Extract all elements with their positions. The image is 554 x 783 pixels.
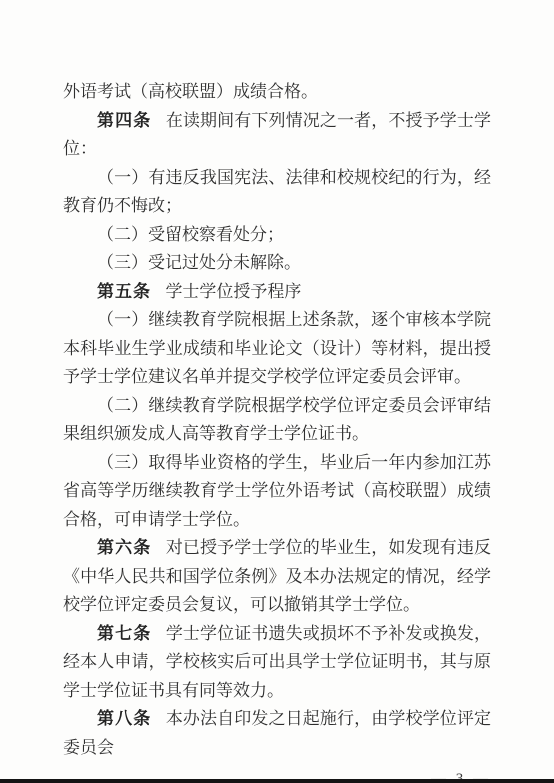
paragraph-article-8: 第八条本办法自印发之日起施行，由学校学位评定委员会: [63, 705, 491, 762]
article-label: 第四条: [97, 111, 151, 130]
paragraph: 外语考试（高校联盟）成绩合格。: [63, 78, 491, 107]
paragraph-article-7: 第七条学士学位证书遗失或损坏不予补发或换发，经本人申请，学校核实后可出具学士学位…: [63, 620, 491, 706]
article-label: 第八条: [97, 709, 151, 728]
paragraph-text: （二）受留校察看处分；: [97, 225, 284, 244]
paragraph: （三）取得毕业资格的学生，毕业后一年内参加江苏省高等学历继续教育学士学位外语考试…: [63, 449, 491, 535]
paragraph: （一）继续教育学院根据上述条款，逐个审核本学院本科毕业生学业成绩和毕业论文（设计…: [63, 306, 491, 392]
article-label: 第六条: [97, 538, 151, 557]
paragraph-article-5: 第五条学士学位授予程序: [63, 278, 491, 307]
scanned-document-page: 外语考试（高校联盟）成绩合格。 第四条在读期间有下列情况之一者，不授予学士学位：…: [0, 0, 554, 783]
paragraph-text: （三）受记过处分未解除。: [97, 253, 301, 272]
paragraph-text: （二）继续教育学院根据学校学位评定委员会评审结果组织颁发成人高等教育学士学位证书…: [63, 396, 491, 444]
paragraph-text: （三）取得毕业资格的学生，毕业后一年内参加江苏省高等学历继续教育学士学位外语考试…: [63, 453, 491, 529]
paragraph-article-6: 第六条对已授予学士学位的毕业生，如发现有违反《中华人民共和国学位条例》及本办法规…: [63, 534, 491, 620]
paragraph-article-4: 第四条在读期间有下列情况之一者，不授予学士学位：: [63, 107, 491, 164]
paragraph: （二）受留校察看处分；: [63, 221, 491, 250]
article-label: 第五条: [97, 282, 151, 301]
paragraph: （二）继续教育学院根据学校学位评定委员会评审结果组织颁发成人高等教育学士学位证书…: [63, 392, 491, 449]
article-label: 第七条: [97, 624, 151, 643]
paragraph: （一）有违反我国宪法、法律和校规校纪的行为，经教育仍不悔改；: [63, 164, 491, 221]
paragraph-text: 学士学位授予程序: [165, 282, 301, 301]
scan-edge-artifact: [0, 779, 554, 783]
paragraph: （三）受记过处分未解除。: [63, 249, 491, 278]
paragraph-text: （一）有违反我国宪法、法律和校规校纪的行为，经教育仍不悔改；: [63, 168, 491, 216]
document-body: 外语考试（高校联盟）成绩合格。 第四条在读期间有下列情况之一者，不授予学士学位：…: [63, 78, 491, 783]
paragraph-text: （一）继续教育学院根据上述条款，逐个审核本学院本科毕业生学业成绩和毕业论文（设计…: [63, 310, 491, 386]
paragraph-text: 外语考试（高校联盟）成绩合格。: [63, 82, 318, 101]
